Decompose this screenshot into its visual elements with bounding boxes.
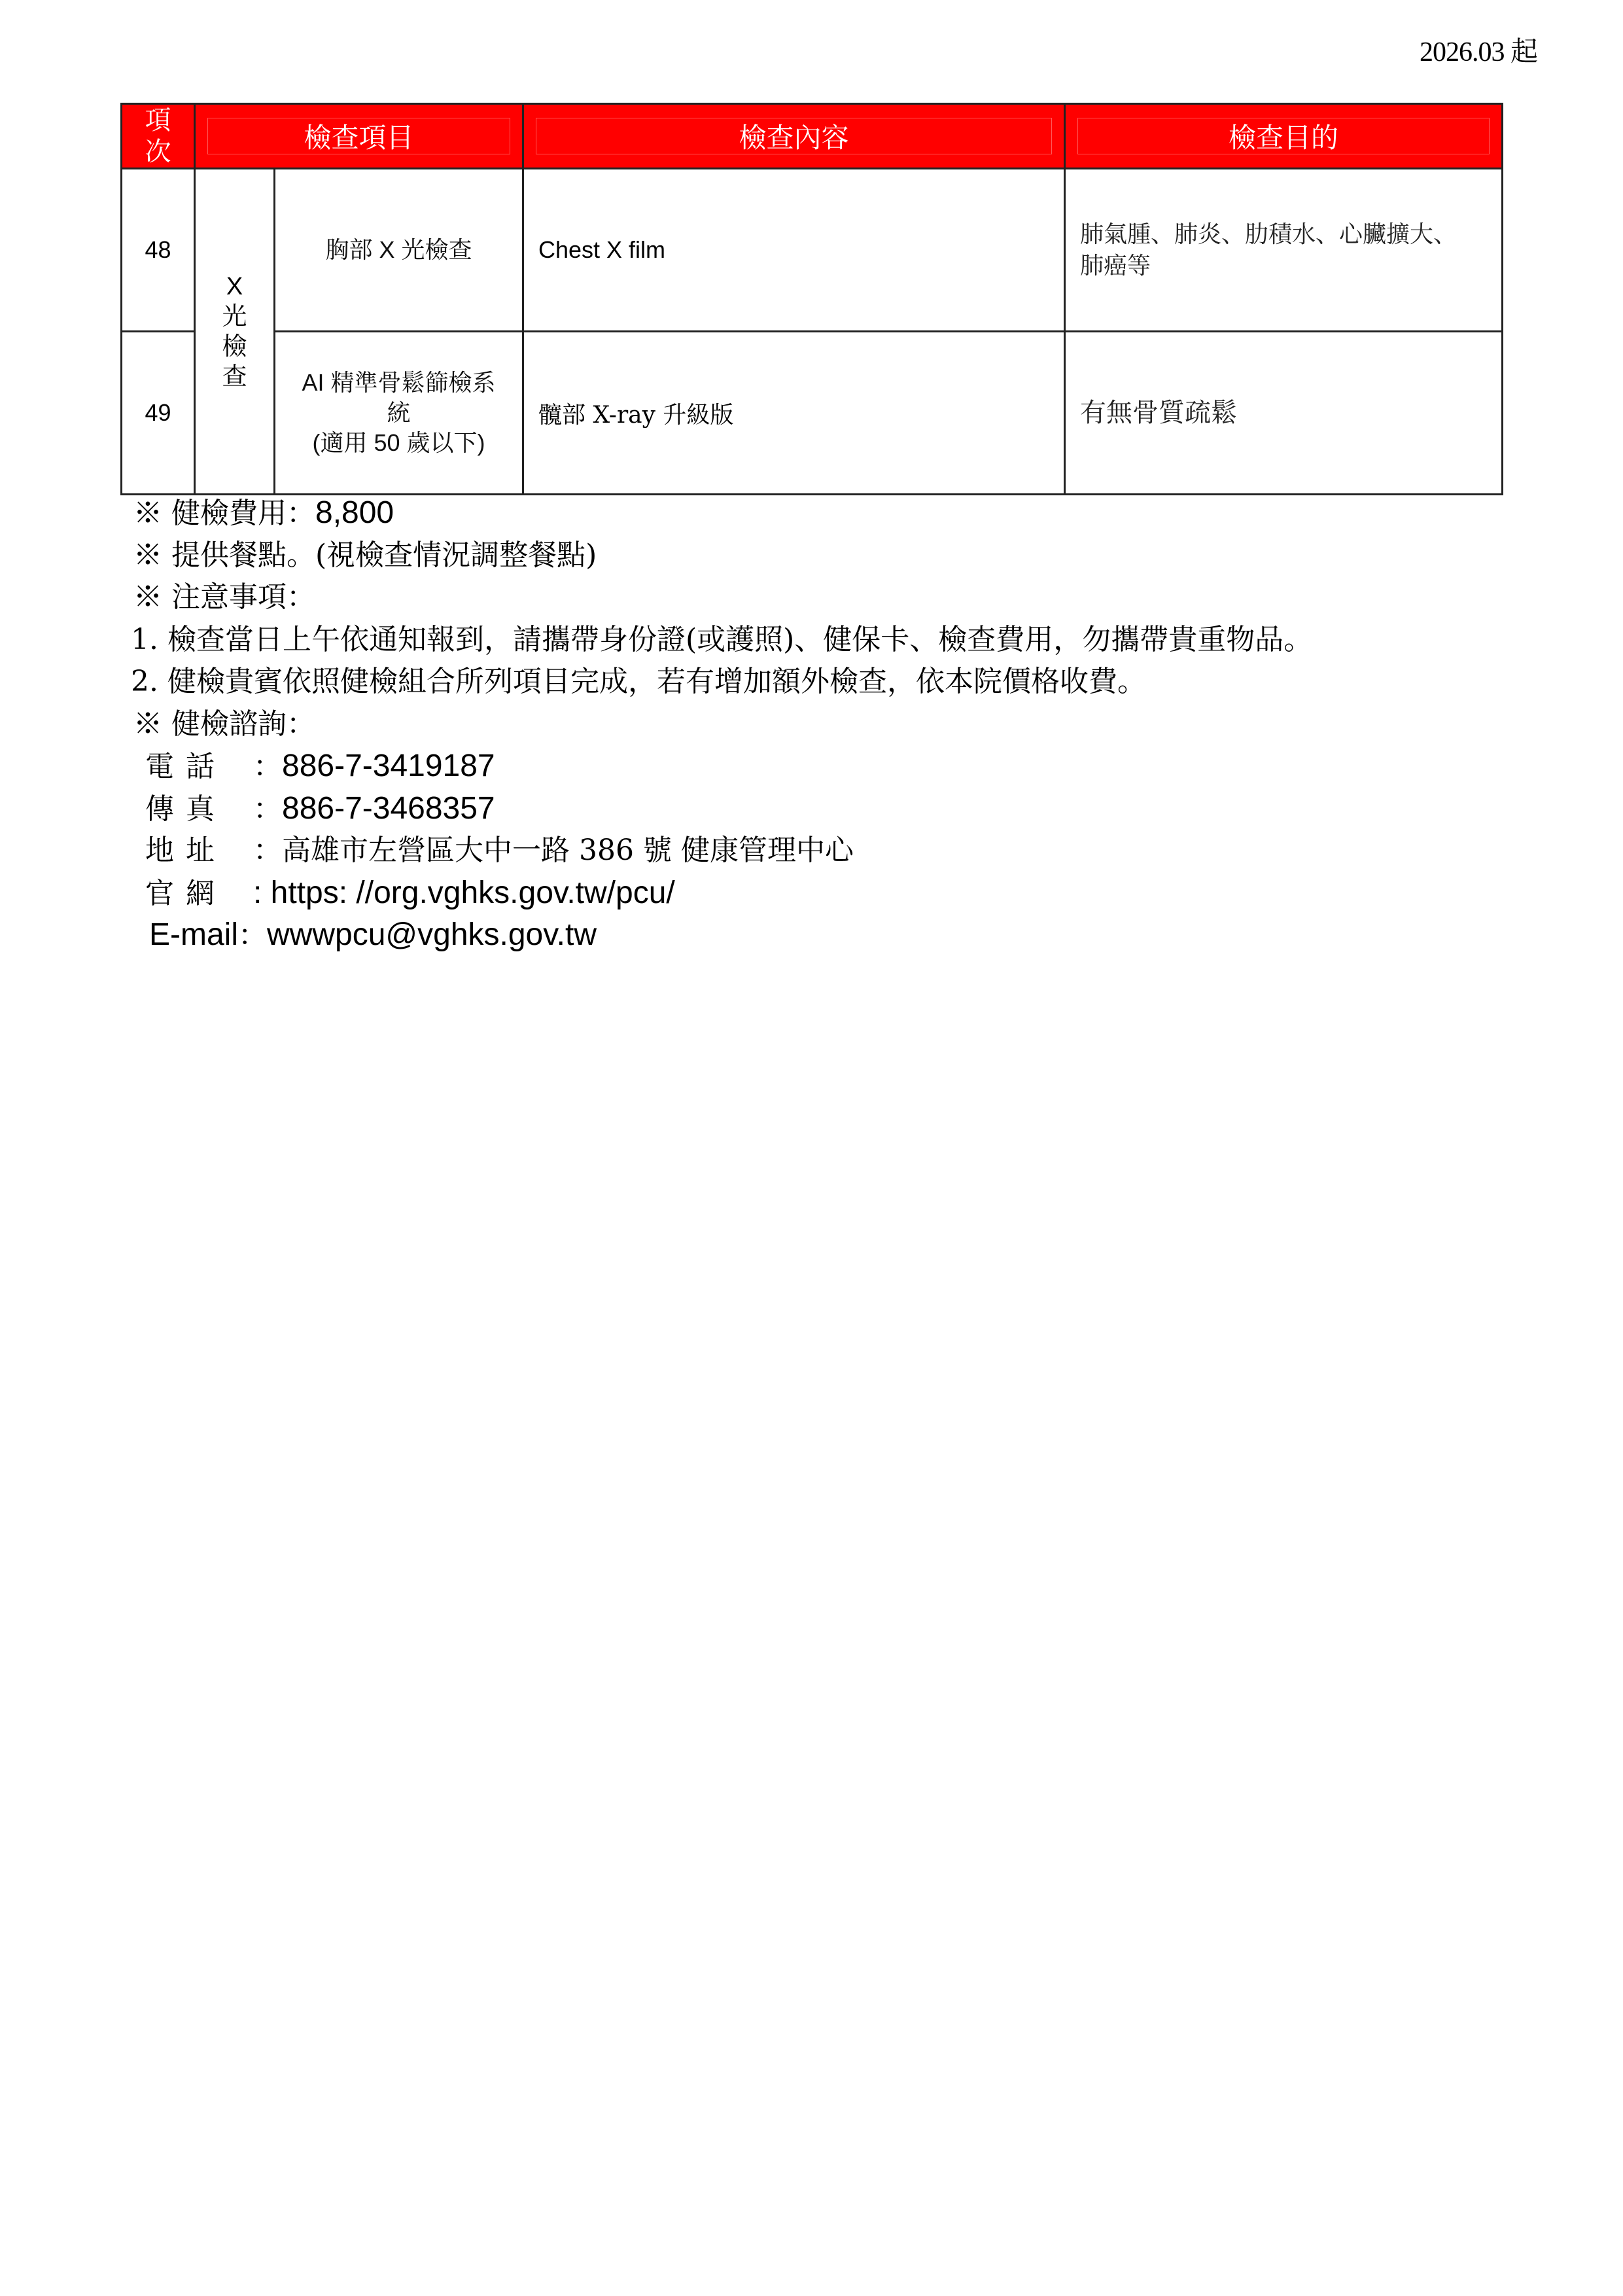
column-header-purpose-label: 檢查目的 (1229, 116, 1338, 156)
row-purpose: 有無骨質疏鬆 (1065, 332, 1503, 495)
column-header-item-label: 檢查項目 (304, 116, 413, 156)
group-char: X (226, 272, 243, 302)
group-char: 查 (222, 362, 247, 392)
column-header-content-label: 檢查內容 (739, 116, 848, 156)
address-line: 地址：高雄市左營區大中一路 386 號 健康管理中心 (133, 830, 1507, 872)
group-char: 光 (222, 302, 247, 332)
fax-line: 傳真：886-7-3468357 (133, 788, 1507, 830)
website-line: 官網: https: //org.vghks.gov.tw/pcu/ (133, 872, 1507, 915)
phone-label: 電話 (133, 746, 253, 788)
table-row: 48 X 光 檢 查 胸部 X 光檢查 Chest X film 肺氣腫、肺炎、… (122, 169, 1503, 332)
item-line: 胸部 X 光檢查 (275, 235, 522, 265)
email-line: E-mail：wwwpcu@vghks.gov.tw (133, 914, 1507, 957)
purpose-line: 肺氣腫、肺炎、肋積水、心臟擴大、 (1080, 219, 1501, 250)
item-line: 統 (275, 398, 522, 428)
row-content: 髖部 X-ray 升級版 (523, 332, 1065, 495)
item-line: AI 精準骨鬆篩檢系 (275, 368, 522, 398)
email-link[interactable]: wwwpcu@vghks.gov.tw (267, 917, 597, 952)
phone-line: 電話：886-7-3419187 (133, 745, 1507, 788)
row-index: 49 (122, 332, 195, 495)
effective-date: 2026.03 起 (1380, 33, 1537, 72)
purpose-line: 肺癌等 (1080, 250, 1501, 281)
group-cell-xray: X 光 檢 查 (195, 169, 275, 495)
website-label: 官網 (133, 873, 253, 915)
notes-section: ※ 健檢費用：8,800 ※ 提供餐點。(視檢查情況調整餐點) ※ 注意事項： … (133, 492, 1507, 957)
column-header-purpose: 檢查目的 (1065, 104, 1503, 169)
row-index: 48 (122, 169, 195, 332)
purpose-line: 有無骨質疏鬆 (1080, 397, 1501, 429)
email-label: E-mail (133, 917, 238, 952)
column-header-item: 檢查項目 (195, 104, 523, 169)
table-row: 49 AI 精準骨鬆篩檢系 統 (適用 50 歲以下) 髖部 X-ray 升級版… (122, 332, 1503, 495)
exam-items-table: 項 次 檢查項目 檢查內容 檢查目的 48 X 光 檢 查 (120, 103, 1503, 495)
row-item: AI 精準骨鬆篩檢系 統 (適用 50 歲以下) (275, 332, 523, 495)
meal-note: ※ 提供餐點。(視檢查情況調整餐點) (133, 535, 1507, 577)
fax-value: 886-7-3468357 (282, 791, 495, 826)
table-header-row: 項 次 檢查項目 檢查內容 檢查目的 (122, 104, 1503, 169)
fee-label: ※ 健檢費用： (133, 497, 315, 530)
column-header-index: 項 次 (122, 104, 195, 169)
row-purpose: 肺氣腫、肺炎、肋積水、心臟擴大、 肺癌等 (1065, 169, 1503, 332)
group-char: 檢 (222, 332, 247, 362)
attention-item-1: 1. 檢查當日上午依通知報到，請攜帶身份證(或護照)、健保卡、檢查費用，勿攜帶貴… (131, 619, 1507, 662)
website-link[interactable]: https: //org.vghks.gov.tw/pcu/ (271, 875, 675, 910)
row-content: Chest X film (523, 169, 1065, 332)
fax-label: 傳真 (133, 788, 253, 831)
address-value: 高雄市左營區大中一路 386 號 健康管理中心 (282, 834, 854, 867)
attention-title: ※ 注意事項： (133, 576, 1507, 619)
attention-item-2: 2. 健檢貴賓依照健檢組合所列項目完成，若有增加額外檢查，依本院價格收費。 (131, 661, 1507, 703)
fee-note: ※ 健檢費用：8,800 (133, 492, 1507, 535)
column-header-content: 檢查內容 (523, 104, 1065, 169)
phone-value: 886-7-3419187 (282, 749, 495, 783)
address-label: 地址 (133, 830, 253, 872)
index-header-char-1: 項 (145, 105, 171, 136)
inquiry-title: ※ 健檢諮詢： (133, 703, 1507, 746)
index-header-char-2: 次 (145, 136, 171, 168)
item-line: (適用 50 歲以下) (275, 428, 522, 458)
fee-value: 8,800 (315, 495, 394, 530)
row-item: 胸部 X 光檢查 (275, 169, 523, 332)
